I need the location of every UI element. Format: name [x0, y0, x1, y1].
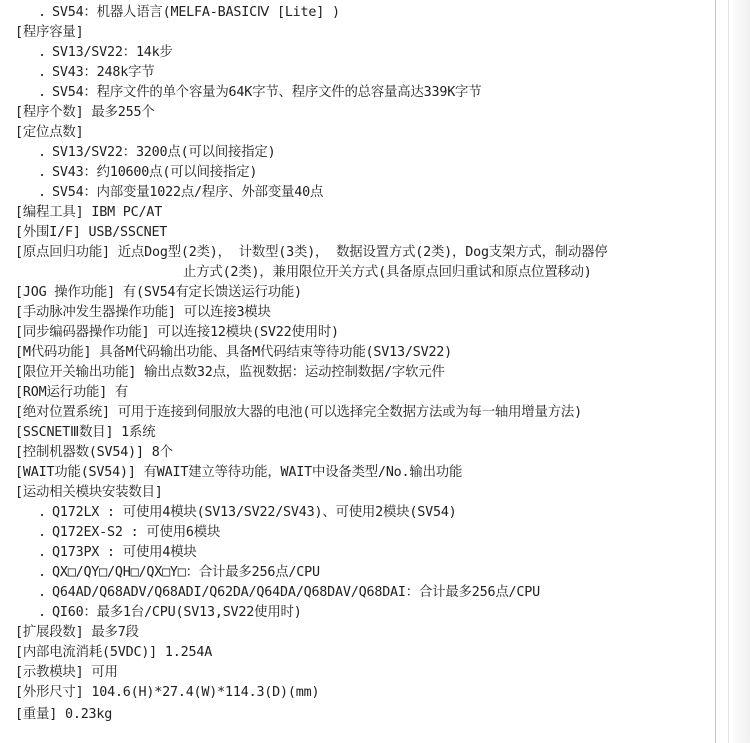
section-heading: [运动相关模块安装数目] [15, 483, 163, 503]
spec-text: Q64AD/Q68ADV/Q68ADI/Q62DA/Q64DA/Q68DAV/Q… [52, 585, 540, 600]
bullet-dot: . [38, 583, 52, 603]
section-heading: [程序个数] 最多255个 [15, 103, 155, 123]
section-heading: [M代码功能] 具备M代码输出功能、具备M代码结束等待功能(SV13/SV22) [15, 343, 452, 363]
spec-text: SV54：机器人语言(MELFA-BASICⅣ [Lite] ) [52, 5, 340, 20]
spec-text: Q172EX-S2 : 可使用6模块 [52, 525, 220, 540]
spec-line: .QI60：最多1台/CPU(SV13,SV22使用时) [38, 603, 302, 623]
bullet-dot: . [38, 183, 52, 203]
section-heading: [外围I/F] USB/SSCNET [15, 223, 167, 243]
spec-text: Q173PX : 可使用4模块 [52, 545, 197, 560]
spec-text: SV54：内部变量1022点/程序、外部变量40点 [52, 185, 323, 200]
sidebar-scroll-strip[interactable] [733, 0, 750, 743]
bullet-dot: . [38, 43, 52, 63]
section-heading: [原点回归功能] 近点Dog型(2类)， 计数型(3类)， 数据设置方式(2类)… [15, 243, 608, 263]
section-heading: [ROM运行功能] 有 [15, 383, 128, 403]
spec-line: .QX□/QY□/QH□/QX□Y□：合计最多256点/CPU [38, 563, 320, 583]
section-heading: [编程工具] IBM PC/AT [15, 203, 162, 223]
section-heading: [手动脉冲发生器操作功能] 可以连接3模块 [15, 303, 271, 323]
content-border [715, 0, 716, 743]
section-heading: [扩展段数] 最多7段 [15, 623, 139, 643]
bullet-dot: . [38, 3, 52, 23]
spec-line: .SV54：机器人语言(MELFA-BASICⅣ [Lite] ) [38, 3, 340, 23]
spec-line: .Q64AD/Q68ADV/Q68ADI/Q62DA/Q64DA/Q68DAV/… [38, 583, 540, 603]
spec-text: SV13/SV22：3200点(可以间接指定) [52, 145, 275, 160]
spec-document: .SV54：机器人语言(MELFA-BASICⅣ [Lite] ) [程序容量]… [0, 0, 714, 743]
section-heading: [外形尺寸] 104.6(H)*27.4(W)*114.3(D)(mm) [15, 683, 319, 703]
section-heading: [控制机器数(SV54)] 8个 [15, 443, 173, 463]
section-heading: [JOG 操作功能] 有(SV54有定长馈送运行功能) [15, 283, 302, 303]
spec-line: .SV54：内部变量1022点/程序、外部变量40点 [38, 183, 323, 203]
section-heading: [程序容量] [15, 23, 84, 43]
scroll-gutter-border [728, 0, 729, 743]
spec-line: .SV43：248k字节 [38, 63, 154, 83]
section-heading: [定位点数] [15, 123, 84, 143]
section-heading: [绝对位置系统] 可用于连接到伺服放大器的电池(可以选择完全数据方法或为每一轴用… [15, 403, 582, 423]
bullet-dot: . [38, 543, 52, 563]
bullet-dot: . [38, 503, 52, 523]
bullet-dot: . [38, 143, 52, 163]
bullet-dot: . [38, 83, 52, 103]
spec-text: SV43：约10600点(可以间接指定) [52, 165, 257, 180]
spec-line: .SV54：程序文件的单个容量为64K字节、程序文件的总容量高达339K字节 [38, 83, 481, 103]
section-heading: [WAIT功能(SV54)] 有WAIT建立等待功能，WAIT中设备类型/No.… [15, 463, 462, 483]
spec-line: .SV13/SV22：3200点(可以间接指定) [38, 143, 275, 163]
section-heading: [限位开关输出功能] 输出点数32点，监视数据：运动控制数据/字软元件 [15, 363, 445, 383]
bullet-dot: . [38, 523, 52, 543]
bullet-dot: . [38, 603, 52, 623]
continuation-line: 止方式(2类)，兼用限位开关方式(具备原点回归重试和原点位置移动) [183, 263, 592, 283]
section-heading: [内部电流消耗(5VDC)] 1.254A [15, 643, 212, 663]
section-heading: [示教模块] 可用 [15, 663, 118, 683]
bullet-dot: . [38, 63, 52, 83]
section-heading: [重量] 0.23kg [15, 705, 112, 725]
spec-line: .Q172LX : 可使用4模块(SV13/SV22/SV43)、可使用2模块(… [38, 503, 457, 523]
section-heading: [同步编码器操作功能] 可以连接12模块(SV22使用时) [15, 323, 339, 343]
section-heading: [SSCNETⅢ数目] 1系统 [15, 423, 155, 443]
spec-line: .Q173PX : 可使用4模块 [38, 543, 197, 563]
spec-text: SV54：程序文件的单个容量为64K字节、程序文件的总容量高达339K字节 [52, 85, 481, 100]
spec-text: QI60：最多1台/CPU(SV13,SV22使用时) [52, 605, 302, 620]
spec-text: Q172LX : 可使用4模块(SV13/SV22/SV43)、可使用2模块(S… [52, 505, 457, 520]
bullet-dot: . [38, 563, 52, 583]
spec-text: SV43：248k字节 [52, 65, 154, 80]
spec-line: .Q172EX-S2 : 可使用6模块 [38, 523, 220, 543]
spec-text: SV13/SV22：14k步 [52, 45, 173, 60]
spec-text: QX□/QY□/QH□/QX□Y□：合计最多256点/CPU [52, 565, 320, 580]
spec-line: .SV43：约10600点(可以间接指定) [38, 163, 257, 183]
spec-line: .SV13/SV22：14k步 [38, 43, 173, 63]
bullet-dot: . [38, 163, 52, 183]
